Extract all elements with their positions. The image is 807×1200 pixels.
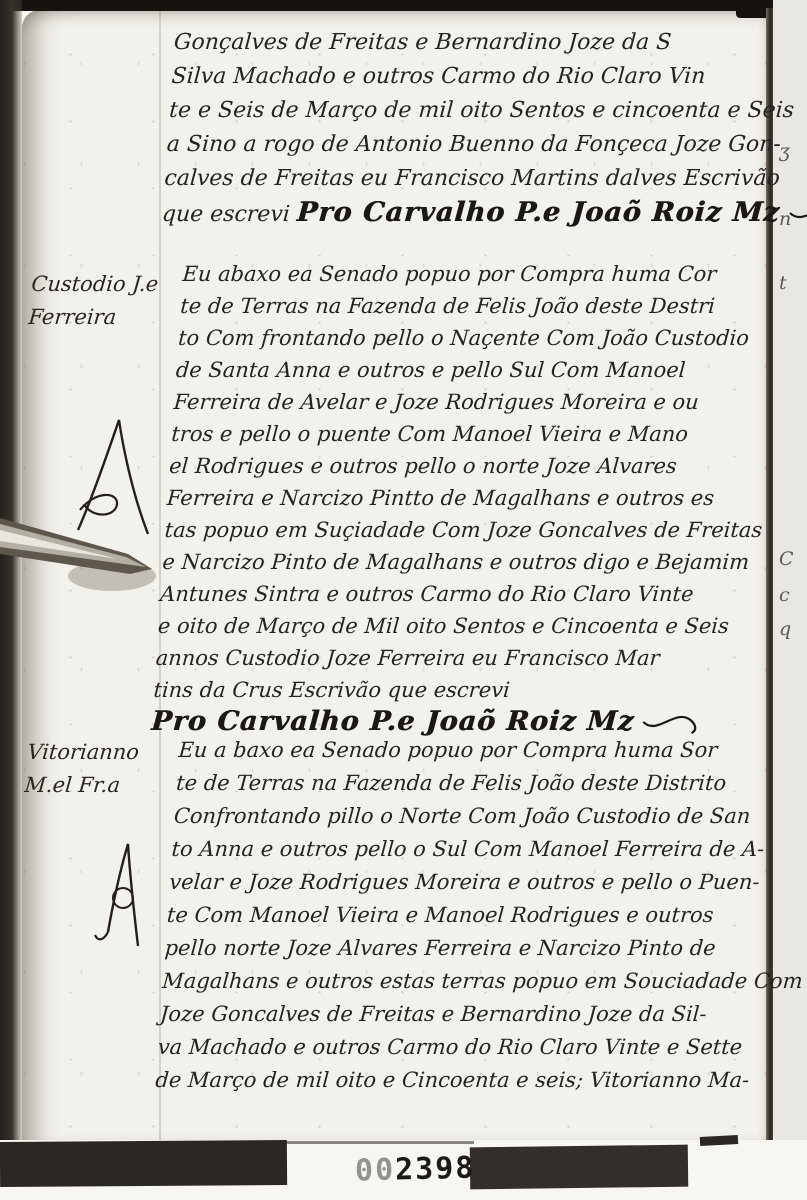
- body-line: te e Seis de Março de mil oito Sentos e …: [168, 94, 780, 128]
- margin-note-line: Custodio J.e: [30, 268, 160, 301]
- body-line: Magalhans e outros estas terras popuo em…: [161, 965, 777, 998]
- entry-continuation: Gonçalves de Freitas e Bernardino Joze d…: [161, 26, 785, 230]
- notary-signature: Pro Carvalho P.e Joaõ Roiz Mz: [296, 197, 781, 228]
- registry-stamp-number: 002398: [355, 1150, 476, 1188]
- body-line: va Machado e outros Carmo do Rio Claro V…: [157, 1031, 773, 1064]
- notary-signature: Pro Carvalho P.e Joaõ Roiz Mz: [150, 706, 635, 737]
- body-line: Eu a baxo ea Senado popuo por Compra hum…: [177, 734, 793, 767]
- stamp-leading-zeros: 00: [355, 1153, 396, 1189]
- bottom-left-bar: [0, 1140, 287, 1187]
- signature-flourish: [640, 706, 704, 736]
- adjacent-page-fragment: q: [779, 618, 791, 640]
- paraph-mark: [92, 836, 164, 952]
- body-line: e Narcizo Pinto de Magalhans e outros di…: [161, 546, 775, 578]
- body-line: tros e pello o puente Com Manoel Vieira …: [170, 418, 784, 450]
- body-line: pello norte Joze Alvares Ferreira e Narc…: [164, 932, 780, 965]
- body-line: tins da Crus Escrivão que escrevi: [152, 674, 766, 706]
- scan-top-border: [0, 0, 772, 11]
- body-line: a Sino a rogo de Antonio Buenno da Fonçe…: [166, 128, 778, 162]
- adjacent-page-fragment: c: [779, 584, 790, 606]
- body-line: velar e Joze Rodrigues Moreira e outros …: [168, 866, 784, 899]
- entry-custodio: Eu abaxo ea Senado popuo por Compra huma…: [150, 258, 796, 738]
- body-line: de Santa Anna e outros e pello Sul Com M…: [175, 354, 789, 386]
- entry-vitorianno: Eu a baxo ea Senado popuo por Compra hum…: [154, 734, 793, 1097]
- margin-note-line: M.el Fr.a: [23, 769, 137, 802]
- binder-clip: [0, 512, 160, 604]
- body-line: Joze Goncalves de Freitas e Bernardino J…: [159, 998, 775, 1031]
- body-line: Antunes Sintra e outros Carmo do Rio Cla…: [159, 578, 773, 610]
- body-line: to Anna e outros pello o Sul Com Manoel …: [170, 833, 786, 866]
- closing-and-signature-line: que escrevi Pro Carvalho P.e Joaõ Roiz M…: [161, 196, 773, 230]
- body-line: de Março de mil oito e Cincoenta e seis;…: [154, 1064, 770, 1097]
- margin-note-vitorianno: Vitorianno M.el Fr.a: [23, 736, 140, 802]
- body-line: to Com frontando pello o Naçente Com Joã…: [177, 322, 791, 354]
- body-line: te de Terras na Fazenda de Felis João de…: [179, 290, 793, 322]
- body-line: Gonçalves de Freitas e Bernardino Joze d…: [173, 26, 785, 60]
- body-line: e oito de Março de Mil oito Sentos e Cin…: [157, 610, 771, 642]
- body-line: calves de Freitas eu Francisco Martins d…: [163, 162, 775, 196]
- bottom-edge-line: [282, 1141, 474, 1144]
- closing-words: que escrevi: [161, 202, 291, 227]
- body-line: Ferreira de Avelar e Joze Rodrigues More…: [173, 386, 787, 418]
- manuscript-scan: ʒ n t C c q Gonçalves de Freitas e Berna…: [0, 0, 807, 1200]
- body-line: te Com Manoel Vieira e Manoel Rodrigues …: [166, 899, 782, 932]
- adjacent-page-fragment: C: [779, 548, 794, 570]
- margin-note-custodio: Custodio J.e Ferreira: [27, 268, 160, 334]
- bottom-right-bar: [470, 1145, 688, 1190]
- margin-note-line: Ferreira: [27, 301, 157, 334]
- margin-note-line: Vitorianno: [26, 736, 140, 769]
- body-line: Confrontando pillo o Norte Com João Cust…: [173, 800, 789, 833]
- body-line: te de Terras na Fazenda de Felis João de…: [175, 767, 791, 800]
- body-line: annos Custodio Joze Ferreira eu Francisc…: [155, 642, 769, 674]
- stamp-digits: 2398: [395, 1150, 476, 1187]
- signature-flourish: [786, 197, 807, 227]
- body-line: Ferreira e Narcizo Pintto de Magalhans e…: [166, 482, 780, 514]
- body-line: Eu abaxo ea Senado popuo por Compra huma…: [182, 258, 796, 290]
- body-line: Silva Machado e outros Carmo do Rio Clar…: [170, 60, 782, 94]
- body-line: tas popuo em Suçiadade Com Joze Goncalve…: [164, 514, 778, 546]
- body-line: el Rodrigues e outros pello o norte Joze…: [168, 450, 782, 482]
